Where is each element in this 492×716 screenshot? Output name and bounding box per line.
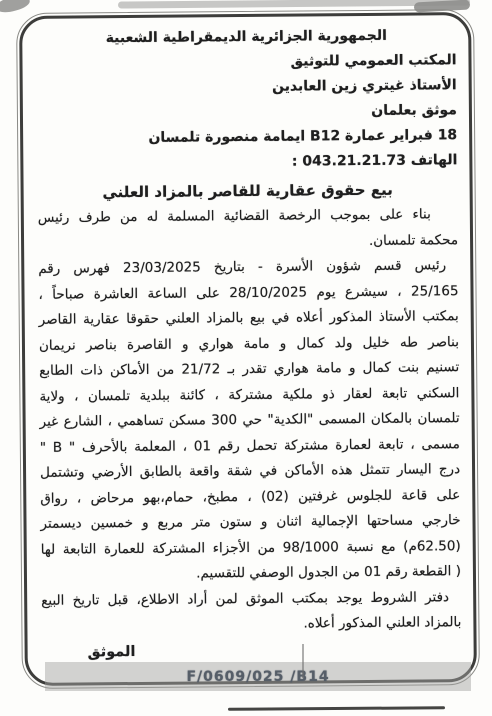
body-line: خارجي مساحتها الإجمالية اثنان و ستون متر… [40, 508, 460, 537]
announcement-frame: الجمهورية الجزائرية الديمقراطية الشعبية … [19, 12, 477, 686]
body-line: تسنيم بنت كمال و مامة هواري تقدر بـ 21/7… [39, 355, 459, 384]
body-paragraph: رئيس قسم شؤون الأسرة - بتاريخ 23/03/2025… [38, 253, 461, 588]
body-line: بناصر طه خليل ولد كمال و مامة هواري و ال… [39, 330, 459, 359]
notary-signature-label: الموثق [42, 636, 462, 666]
reference-strip: F/0609/025 /B14 [45, 662, 471, 691]
header-notary-name: الأستاذ غيتري زين العابدين [37, 73, 457, 102]
scanned-document-page: الجمهورية الجزائرية الديمقراطية الشعبية … [0, 0, 492, 716]
header-phone: الهاتف 043.21.21.73 : [37, 148, 457, 177]
closing-paragraph: دفتر الشروط يوجد بمكتب الموثق لمن أراد ا… [41, 585, 461, 640]
closing-line: دفتر الشروط يوجد بمكتب الموثق لمن أراد ا… [41, 585, 461, 614]
intro-paragraph: بناء على بموجب الرخصة القضائية المسلمة ل… [38, 202, 458, 257]
fold-mark-artifact [302, 644, 304, 678]
body-line: درج اليسار تتمثل هذه الأماكن في شقة واقع… [40, 457, 460, 486]
body-line: (62.50م) مع نسبة 98/1000 من الأجزاء المش… [41, 534, 461, 563]
body-line: ( القطعة رقم 01 من الجدول الوصفي للتقسيم… [41, 559, 461, 588]
header-address: 18 فبراير عمارة B12 ايمامة منصورة تلمسان [37, 123, 457, 152]
reference-stamp: F/0609/025 /B14 [186, 669, 329, 685]
scan-dark-mark-artifact [414, 0, 470, 12]
auction-title: بيع حقوق عقارية للقاصر بالمزاد العلني [38, 176, 458, 206]
document-header: الجمهورية الجزائرية الديمقراطية الشعبية … [36, 23, 457, 177]
body-line: تلمسان بالمكان المسمى "الكدية" حي 300 مس… [40, 406, 460, 435]
scan-smudge-artifact [0, 0, 31, 15]
page-edge-line-artifact [228, 706, 445, 711]
body-line: السكني تابعة لعقار ذو ملكية مشتركة ، كائ… [39, 381, 459, 410]
closing-line: بالمزاد العلني المذكور أعلاه. [41, 610, 461, 639]
body-line: بمكتب الأستاذ المذكور أعلاه في بيع بالمز… [39, 304, 459, 333]
body-line: مسمى ، تابعة لعمارة مشتركة تحمل رقم 01 ،… [40, 432, 460, 461]
intro-line: بناء على بموجب الرخصة القضائية المسلمة ل… [38, 202, 458, 231]
body-line: 25/165 ، سيشرع يوم 28/10/2025 على الساعة… [38, 279, 458, 308]
body-line: رئيس قسم شؤون الأسرة - بتاريخ 23/03/2025… [38, 253, 458, 282]
body-line: على قاعة للجلوس غرفتين (02) ، مطبخ، حمام… [40, 483, 460, 512]
header-country: الجمهورية الجزائرية الديمقراطية الشعبية [36, 23, 456, 52]
header-office: المكتب العمومي للتوثيق [36, 48, 456, 77]
intro-line: محكمة تلمسان. [38, 228, 458, 257]
header-notary-title: موثق بعلمان [37, 98, 457, 127]
